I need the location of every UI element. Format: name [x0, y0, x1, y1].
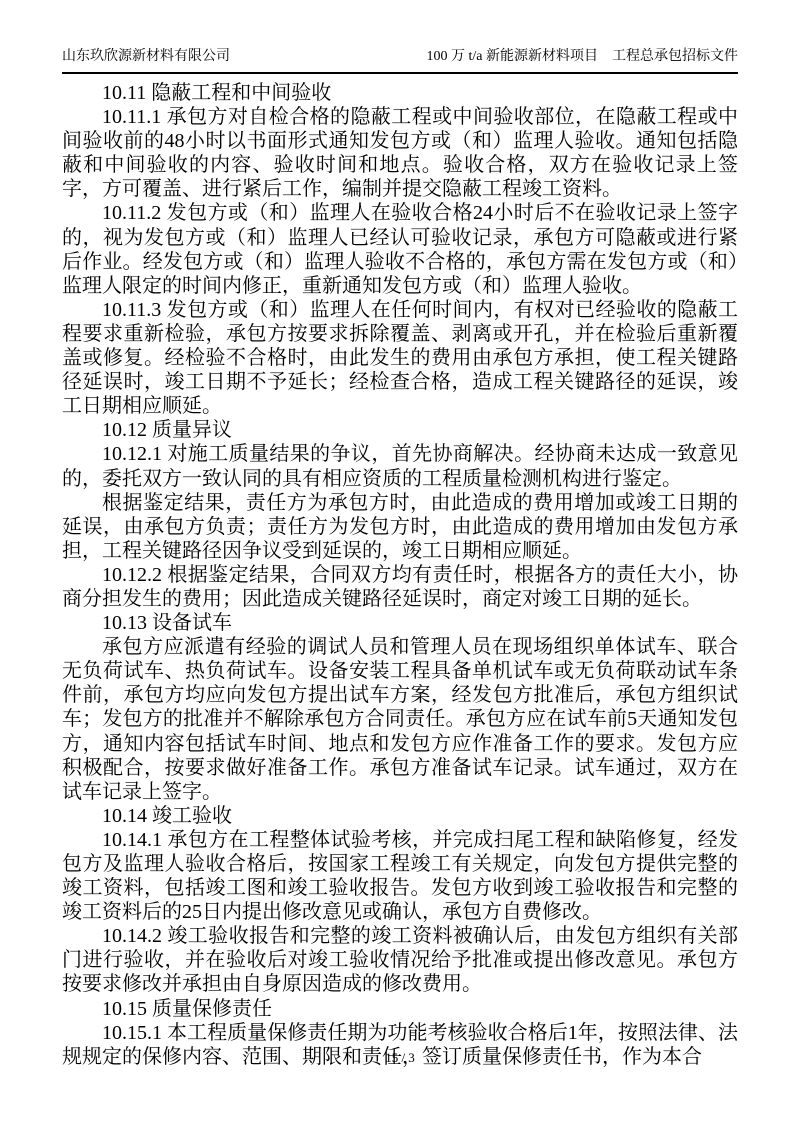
- body-paragraph: 根据鉴定结果，责任方为承包方时，由此造成的费用增加或竣工日期的延误，由承包方负责…: [62, 491, 738, 563]
- section-heading: 10.11 隐蔽工程和中间验收: [62, 81, 738, 105]
- body-paragraph: 10.12.2 根据鉴定结果，合同双方均有责任时，根据各方的责任大小，协商分担发…: [62, 563, 738, 611]
- body-paragraph: 10.11.2 发包方或（和）监理人在验收合格24小时后不在验收记录上签字的，视…: [62, 201, 738, 297]
- page-header: 山东玖欣源新材料有限公司 100 万 t/a 新能源新材料项目 工程总承包招标文…: [62, 48, 738, 74]
- document-page: 山东玖欣源新材料有限公司 100 万 t/a 新能源新材料项目 工程总承包招标文…: [0, 0, 800, 1131]
- section-heading: 10.15 质量保修责任: [62, 997, 738, 1021]
- header-company: 山东玖欣源新材料有限公司: [62, 48, 230, 66]
- body-paragraph: 承包方应派遣有经验的调试人员和管理人员在现场组织单体试车、联合无负荷试车、热负荷…: [62, 635, 738, 804]
- header-project-title: 100 万 t/a 新能源新材料项目 工程总承包招标文件: [427, 48, 739, 66]
- document-body: 10.11 隐蔽工程和中间验收10.11.1 承包方对自检合格的隐蔽工程或中间验…: [62, 81, 738, 1069]
- body-paragraph: 10.12.1 对施工质量结果的争议，首先协商解决。经协商未达成一致意见的，委托…: [62, 442, 738, 490]
- body-paragraph: 10.11.1 承包方对自检合格的隐蔽工程或中间验收部位，在隐蔽工程或中间验收前…: [62, 105, 738, 201]
- section-heading: 10.14 竣工验收: [62, 804, 738, 828]
- body-paragraph: 10.14.2 竣工验收报告和完整的竣工资料被确认后，由发包方组织有关部门进行验…: [62, 924, 738, 996]
- page-number: 15 / 3: [0, 1050, 800, 1066]
- body-paragraph: 10.11.3 发包方或（和）监理人在任何时间内，有权对已经验收的隐蔽工程要求重…: [62, 298, 738, 418]
- section-heading: 10.13 设备试车: [62, 611, 738, 635]
- section-heading: 10.12 质量异议: [62, 418, 738, 442]
- body-paragraph: 10.14.1 承包方在工程整体试验考核，并完成扫尾工程和缺陷修复，经发包方及监…: [62, 828, 738, 924]
